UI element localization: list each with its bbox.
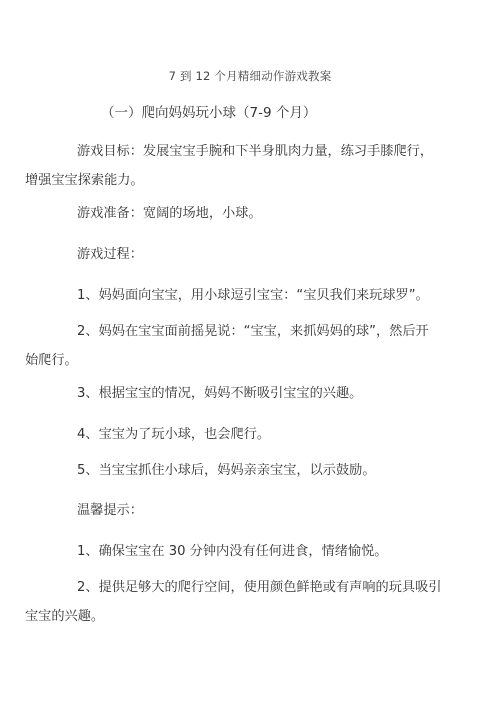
step-2-line-2: 始爬行。	[25, 346, 437, 375]
document-page: 7 到 12 个月精细动作游戏教案 （一）爬向妈妈玩小球（7-9 个月） 游戏目…	[0, 0, 500, 707]
tips-label: 温馨提示：	[77, 496, 437, 525]
document-title: 7 到 12 个月精细动作游戏教案	[0, 68, 500, 84]
section-heading: （一）爬向妈妈玩小球（7-9 个月）	[101, 101, 316, 121]
tip-2-line-1: 2、提供足够大的爬行空间，使用颜色鲜艳或有声响的玩具吸引	[77, 580, 441, 595]
step-2-line-1: 2、妈妈在宝宝面前摇晃说：“宝宝，来抓妈妈的球”，然后开	[77, 324, 429, 339]
step-3: 3、根据宝宝的情况，妈妈不断吸引宝宝的兴趣。	[77, 379, 437, 408]
step-5: 5、当宝宝抓住小球后，妈妈亲亲宝宝，以示鼓励。	[77, 456, 437, 485]
goal-paragraph: 游戏目标：发展宝宝手腕和下半身肌肉力量，练习手膝爬行， 增强宝宝探索能力。	[77, 137, 437, 195]
tip-1: 1、确保宝宝在 30 分钟内没有任何进食，情绪愉悦。	[77, 537, 437, 566]
process-label: 游戏过程：	[77, 240, 437, 269]
goal-line-2: 增强宝宝探索能力。	[25, 166, 437, 195]
tip-2: 2、提供足够大的爬行空间，使用颜色鲜艳或有声响的玩具吸引 宝宝的兴趣。	[77, 573, 437, 631]
step-4: 4、宝宝为了玩小球，也会爬行。	[77, 420, 437, 449]
preparation-paragraph: 游戏准备：宽阔的场地，小球。	[77, 199, 437, 228]
step-2: 2、妈妈在宝宝面前摇晃说：“宝宝，来抓妈妈的球”，然后开 始爬行。	[77, 317, 437, 375]
step-1: 1、妈妈面向宝宝，用小球逗引宝宝：“宝贝我们来玩球罗”。	[77, 281, 437, 310]
goal-line-1: 游戏目标：发展宝宝手腕和下半身肌肉力量，练习手膝爬行，	[77, 144, 433, 159]
tip-2-line-2: 宝宝的兴趣。	[25, 602, 437, 631]
